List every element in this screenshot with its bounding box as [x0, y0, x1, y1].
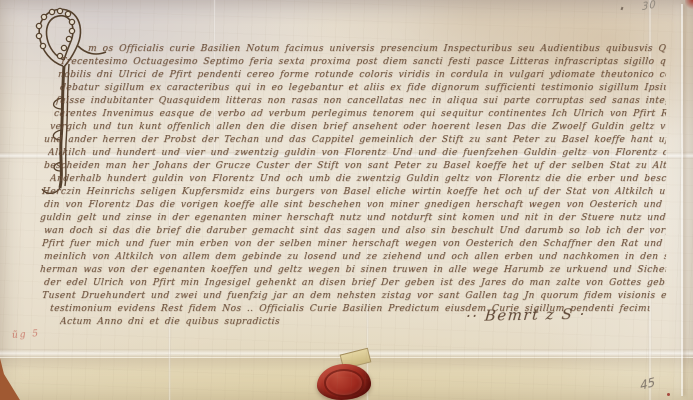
manuscript-line: Anderhalb hundert guldin von Florentz Un… [50, 174, 667, 184]
manuscript-line: vergich und tun kunt offenlich allen den… [50, 122, 667, 132]
manuscript-line: guldin gelt und zinse in der egenanten m… [40, 213, 667, 223]
manuscript-line: carentes Invenimus easque de verbo ad ve… [54, 109, 667, 119]
archival-mark-red: ũg 5 [12, 329, 41, 341]
parchment-right-edge [681, 4, 683, 396]
manuscript-line: m os Officialis curie Basilien Notum fac… [88, 44, 667, 54]
red-ink-speck [667, 393, 670, 396]
charter-photo: m os Officialis curie Basilien Notum fac… [0, 0, 693, 400]
ink-fleck [621, 7, 624, 11]
manuscript-line: und ander herren der Probst der Techan u… [44, 135, 667, 145]
manuscript-line: din von Florentz Das die vorigen koeffe … [44, 200, 667, 210]
wax-seal [317, 364, 371, 400]
manuscript-line: meinlich von Altkilch von allem dem gebi… [44, 252, 667, 262]
manuscript-line: Actum Anno dni et die quibus supradictis [60, 317, 321, 327]
manuscript-line: der edel Ulrich von Pfirt min Ingesigel … [44, 278, 667, 288]
red-ink-speck [685, 0, 693, 10]
manuscript-line: Altkilch und hundert und vier und zwentz… [48, 148, 667, 158]
manuscript-line: Herczin Heinrichs seligen Kupfersmidz ei… [42, 187, 667, 197]
manuscript-line: fuisse indubitanter Quasquidem litteras … [56, 96, 667, 106]
manuscript-line: Pfirt fuer mich und fuer min erben von d… [42, 239, 667, 249]
manuscript-line: wan doch si das die brief die daruber ge… [44, 226, 667, 236]
manuscript-line: Tusent Druehundert und zwei und fuenfzig… [42, 291, 667, 301]
notary-signature: ·· Bemrt z S · [465, 305, 586, 325]
manuscript-line: debatur sigillum ex caracteribus qui in … [60, 83, 667, 93]
manuscript-line: nobilis dni Ulrici de Pfirt pendenti cer… [58, 70, 667, 80]
manuscript-line: Trecentesimo Octuagesimo Septimo feria s… [60, 57, 667, 67]
manuscript-line: bescheiden man her Johans der Grucze Cus… [44, 161, 667, 171]
parchment-document: m os Officialis curie Basilien Notum fac… [0, 0, 693, 400]
page-number-top-right: 30 [642, 0, 657, 13]
manuscript-line: herman was von der egenanten koeffen und… [40, 265, 667, 275]
